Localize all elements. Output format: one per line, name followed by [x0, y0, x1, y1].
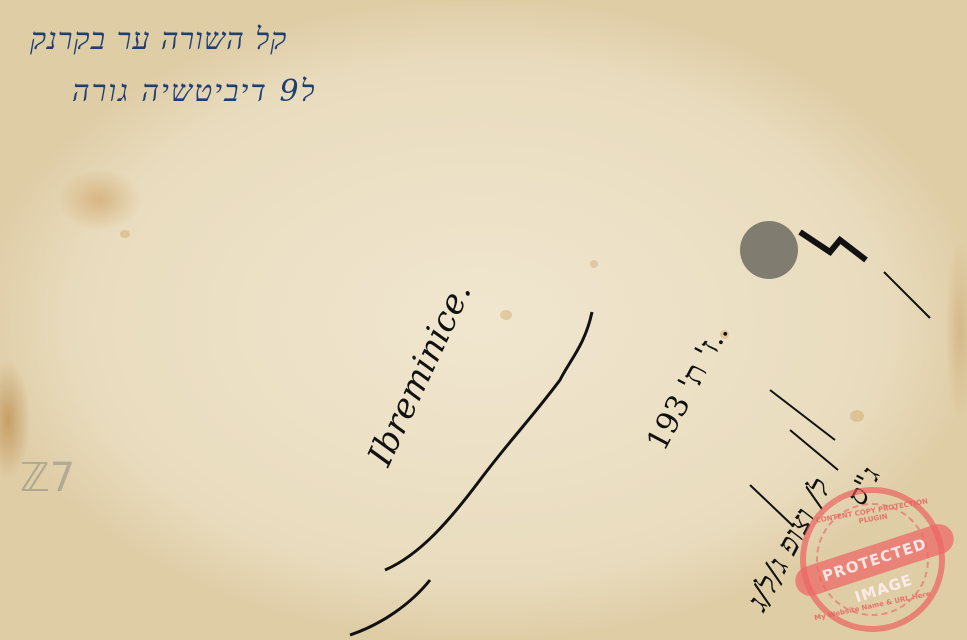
signature-flourish: [350, 580, 430, 635]
ink-mark: [800, 232, 866, 260]
ink-stroke: [770, 390, 835, 440]
ink-stroke: [884, 272, 930, 318]
ink-blot: [740, 221, 798, 279]
scanned-document: קל השורה ער בקרנק ל9 דיביטשיה גורה ℤ7 Ib…: [0, 0, 967, 640]
watermark-stamp: CONTENT COPY PROTECTION PLUGIN PROTECTED…: [800, 487, 945, 632]
